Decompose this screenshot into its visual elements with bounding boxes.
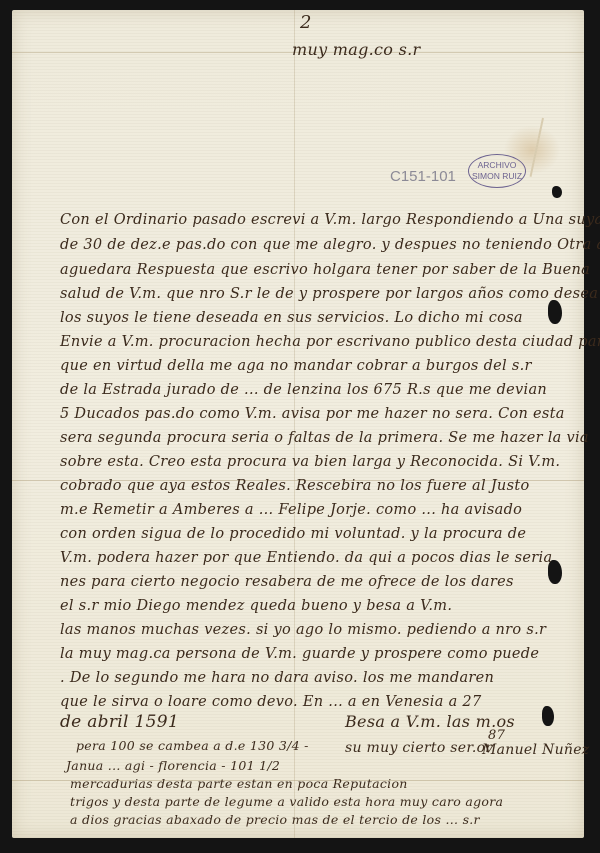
body-line: de la Estrada jurado de ... de lenzina l… xyxy=(60,382,547,398)
body-line: que en virtud della me aga no mandar cob… xyxy=(60,358,532,374)
archive-reference: C151-101 xyxy=(390,168,456,185)
body-line: . De lo segundo me hara no dara aviso. l… xyxy=(60,670,494,686)
postscript-line: mercadurias desta parte estan en poca Re… xyxy=(70,776,408,791)
archive-stamp: ARCHIVO SIMON RUIZ xyxy=(468,154,526,188)
body-line: los suyos le tiene deseada en sus servic… xyxy=(60,310,523,326)
postscript-line: Janua ... agi - florencia - 101 1/2 xyxy=(66,758,280,773)
postscript-line: trigos y desta parte de legume a valido … xyxy=(70,794,503,809)
body-line: nes para cierto negocio resabera de me o… xyxy=(60,574,514,590)
body-line: 5 Ducados pas.do como V.m. avisa por me … xyxy=(60,406,565,422)
postscript-line: pera 100 se cambea a d.e 130 3/4 - xyxy=(76,738,309,753)
stamp-line-1: ARCHIVO xyxy=(469,160,525,171)
body-line: el s.r mio Diego mendez queda bueno y be… xyxy=(60,598,452,614)
ink-blot xyxy=(542,706,554,726)
body-line: cobrado que aya estos Reales. Rescebira … xyxy=(60,478,529,494)
fold-line xyxy=(294,10,295,838)
body-line: las manos muchas vezes. si yo ago lo mis… xyxy=(60,622,546,638)
body-line: sera segunda procura seria o faltas de l… xyxy=(60,430,589,446)
body-line: Con el Ordinario pasado escrevi a V.m. l… xyxy=(60,212,600,228)
folio-mark: 2 xyxy=(300,12,312,33)
ink-blot xyxy=(552,186,562,198)
ink-blot xyxy=(548,300,562,324)
body-line: m.e Remetir a Amberes a ... Felipe Jorje… xyxy=(60,502,522,518)
letter-heading: muy mag.co s.r xyxy=(292,40,420,59)
date-line: de abril 1591 xyxy=(60,712,179,732)
body-line: que le sirva o loare como devo. En ... a… xyxy=(60,694,481,710)
body-line: V.m. podera hazer por que Entiendo. da q… xyxy=(60,550,552,566)
body-line: con orden sigua de lo procedido mi volun… xyxy=(60,526,526,542)
body-line: la muy mag.ca persona de V.m. guarde y p… xyxy=(60,646,539,662)
body-line: de 30 de dez.e pas.do con que me alegro.… xyxy=(60,237,600,253)
body-line: aguedara Respuesta que escrivo holgara t… xyxy=(60,262,590,278)
body-line: salud de V.m. que nro S.r le de y prospe… xyxy=(60,286,600,302)
body-line: Envie a V.m. procuracion hecha por escri… xyxy=(60,334,600,350)
postscript-line: a dios gracias abaxado de precio mas de … xyxy=(70,812,480,827)
signature: Manuel Nuñez xyxy=(482,742,589,758)
stamp-line-2: SIMON RUIZ xyxy=(469,171,525,182)
closing-line-2: su muy cierto ser.or xyxy=(345,740,492,756)
body-line: sobre esta. Creo esta procura va bien la… xyxy=(60,454,560,470)
